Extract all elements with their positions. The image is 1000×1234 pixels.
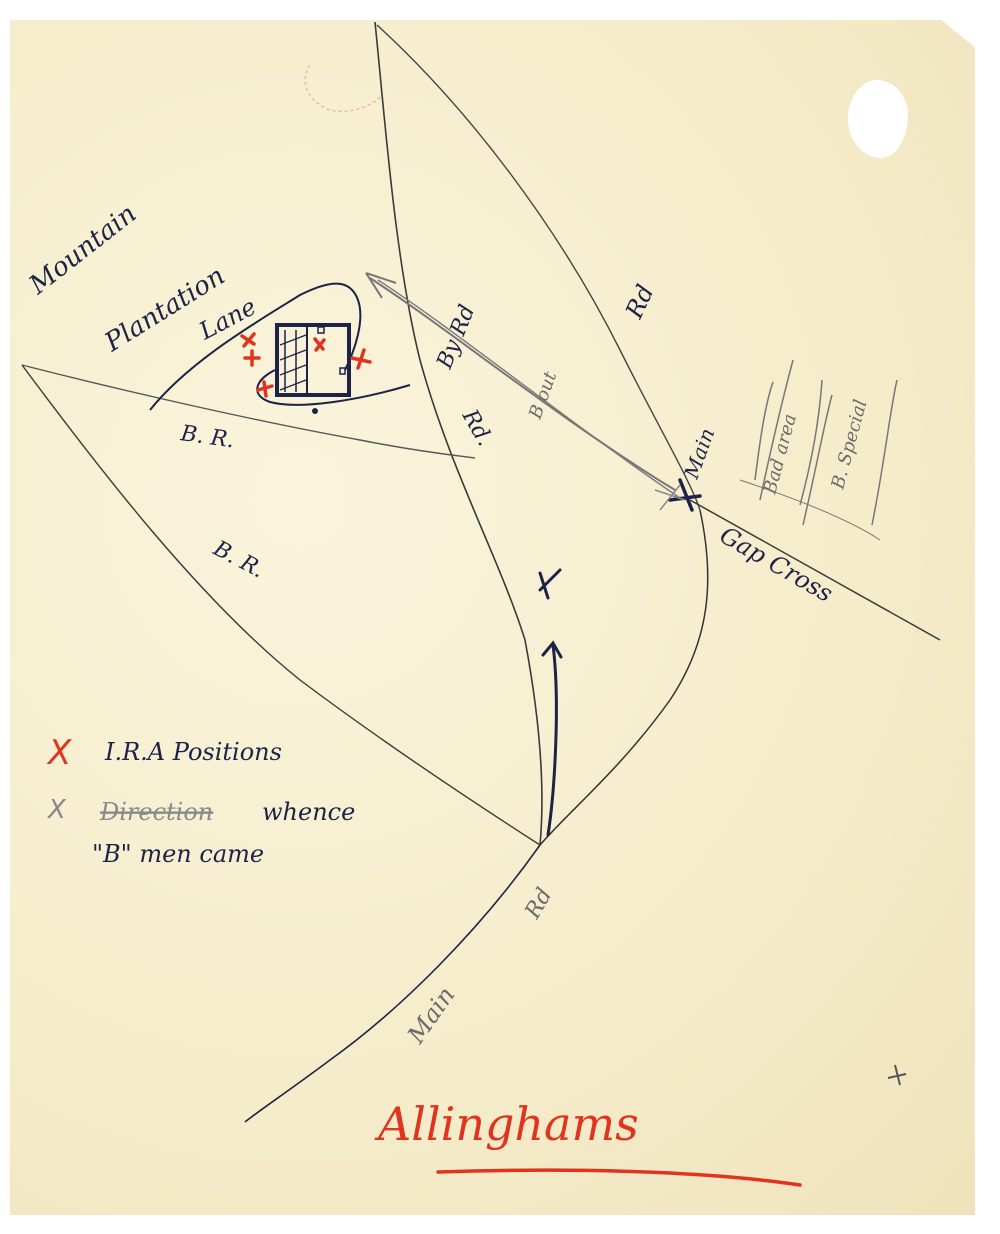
legend-gray-x-label-part1: Direction: [99, 798, 213, 826]
label-br-lower: B. R.: [208, 536, 268, 584]
label-road-center: Rd.: [456, 405, 497, 451]
label-mountain: Mountain: [23, 199, 142, 301]
label-gray-note: B out: [525, 368, 562, 423]
label-gap-cross: Gap Cross: [715, 521, 838, 608]
legend-gray-x-icon: X: [46, 795, 67, 825]
label-rd-bottom: Rd: [520, 884, 557, 924]
label-main-bottom: Main: [401, 982, 460, 1050]
road-central: [375, 22, 542, 845]
legend-gray-x-label-part2: whence: [262, 798, 355, 826]
label-road-upper-right: Rd: [620, 280, 660, 323]
bad-area-hatch: [740, 360, 897, 540]
label-byroad: By Rd: [432, 301, 480, 373]
signature-text: Allinghams: [374, 1097, 639, 1151]
road-br-lower: [22, 365, 540, 845]
label-plantation: Plantation: [99, 261, 230, 359]
legend: X I.R.A Positions X Direction whence "B"…: [46, 733, 355, 868]
sketch-map: Mountain Plantation Lane B. R. B. R. By …: [0, 0, 1000, 1234]
road-gap-down: [540, 510, 708, 845]
road-main-bottom: [245, 845, 540, 1122]
label-br-upper: B. R.: [178, 421, 236, 453]
legend-red-x-icon: X: [46, 733, 72, 773]
legend-gray-x-label-line2: "B" men came: [92, 840, 264, 868]
signature: Allinghams: [374, 1097, 800, 1185]
signature-underline: [438, 1170, 800, 1185]
label-bad-area: Bad area: [759, 412, 801, 498]
label-main-upper: Main: [679, 425, 720, 483]
road-br-upper: [22, 365, 475, 458]
road-upper-right: [377, 25, 700, 510]
label-b-special: B. Special: [827, 397, 871, 492]
legend-red-x-label: I.R.A Positions: [104, 738, 282, 766]
b-men-direction-marker: [540, 570, 561, 835]
